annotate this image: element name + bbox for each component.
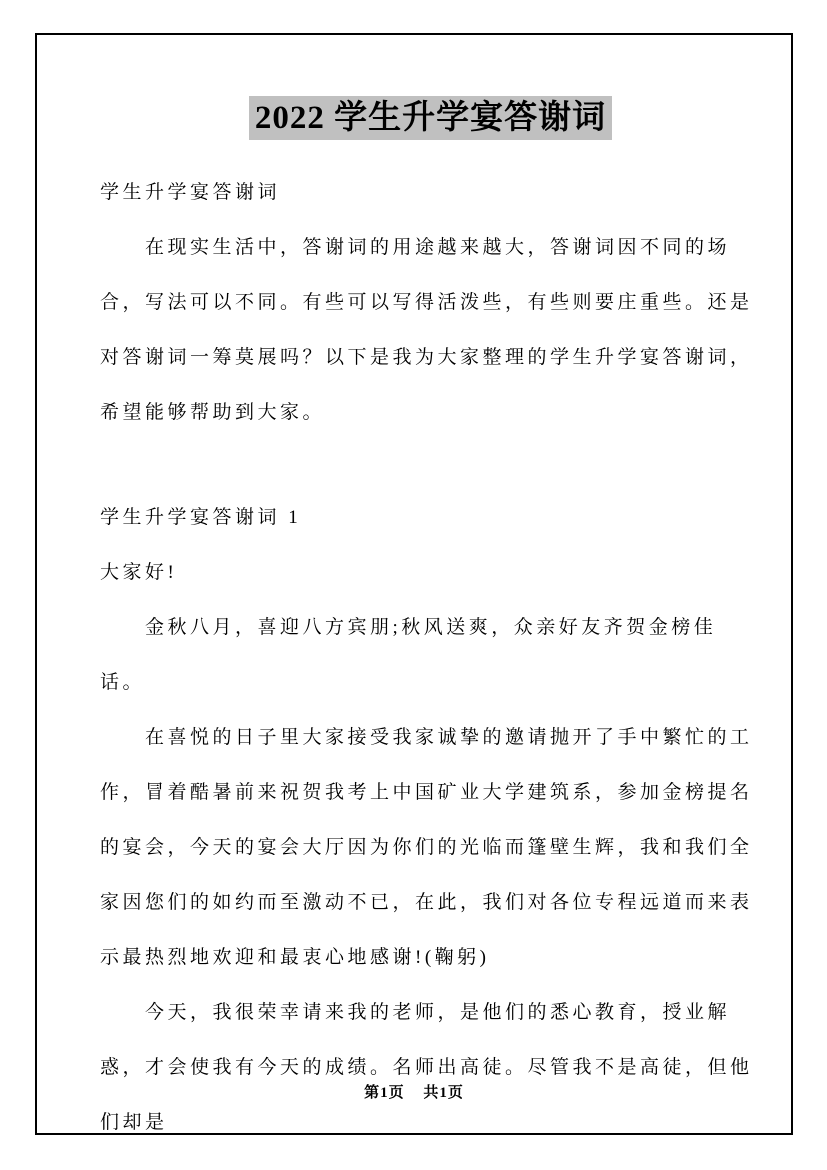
document-body: 学生升学宴答谢词 在现实生活中，答谢词的用途越来越大，答谢词因不同的场合，写法可… (100, 165, 761, 1150)
document-page: 2022 学生升学宴答谢词 学生升学宴答谢词 在现实生活中，答谢词的用途越来越大… (0, 0, 827, 1170)
page-border-frame: 2022 学生升学宴答谢词 学生升学宴答谢词 在现实生活中，答谢词的用途越来越大… (35, 33, 793, 1135)
title-row: 2022 学生升学宴答谢词 (100, 96, 761, 140)
paragraph-lead: 学生升学宴答谢词 (100, 165, 761, 220)
paragraph-section-heading: 学生升学宴答谢词 1 (100, 490, 761, 545)
page-total-label: 共1页 (423, 1085, 464, 1101)
paragraph-body-1: 金秋八月，喜迎八方宾朋;秋风送爽，众亲好友齐贺金榜佳话。 (100, 600, 761, 710)
paragraph-intro: 在现实生活中，答谢词的用途越来越大，答谢词因不同的场合，写法可以不同。有些可以写… (100, 220, 761, 440)
document-title: 2022 学生升学宴答谢词 (249, 96, 612, 140)
paragraph-body-2: 在喜悦的日子里大家接受我家诚挚的邀请抛开了手中繁忙的工作，冒着酷暑前来祝贺我考上… (100, 710, 761, 985)
page-number-label: 第1页 (364, 1085, 405, 1101)
page-footer: 第1页 共1页 (37, 1083, 791, 1103)
paragraph-greeting: 大家好! (100, 545, 761, 600)
paragraph-body-3: 今天，我很荣幸请来我的老师，是他们的悉心教育，授业解惑，才会使我有今天的成绩。名… (100, 985, 761, 1150)
